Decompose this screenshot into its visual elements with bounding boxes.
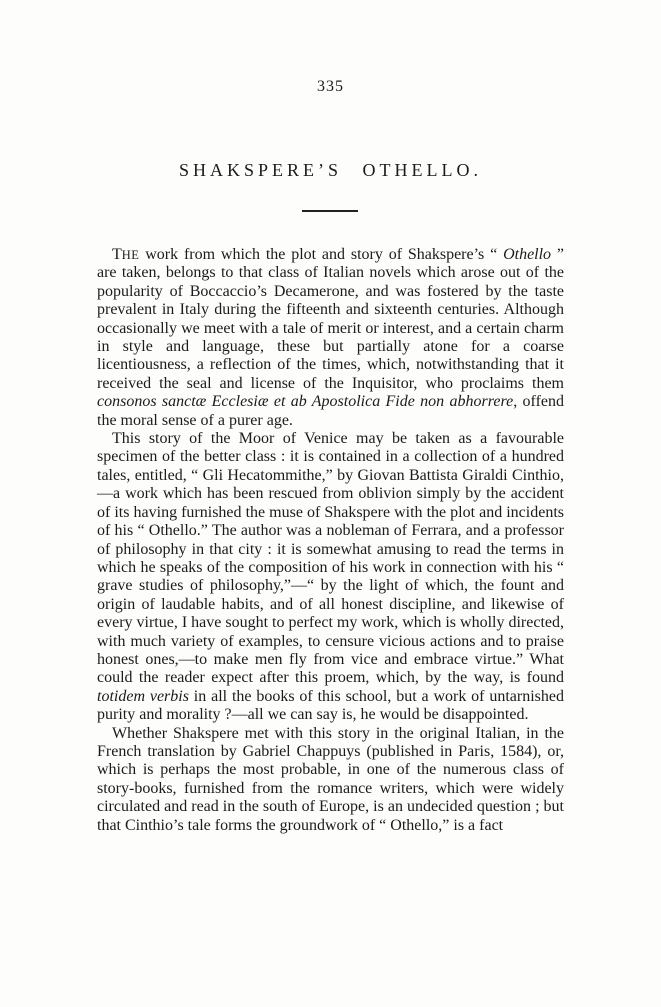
article-title: SHAKSPERE’S OTHELLO. [0, 160, 661, 181]
paragraph: Whether Shakspere met with this story in… [97, 725, 564, 835]
text-run: work from which the plot and story of Sh… [139, 246, 503, 263]
text-run: Whether Shakspere met with this story in… [97, 725, 564, 834]
text-run: ” are taken, belongs to that class of It… [97, 246, 564, 392]
title-divider-rule [302, 210, 358, 212]
italic-text-run: totidem verbis [97, 688, 189, 705]
paragraph: This story of the Moor of Venice may be … [97, 430, 564, 725]
text-run: This story of the Moor of Venice may be … [97, 430, 564, 686]
smallcaps-text-run: HE [122, 248, 140, 262]
italic-text-run: consonos sanctæ Ecclesiæ et ab Apostolic… [97, 393, 513, 410]
article-body: THE work from which the plot and story o… [97, 246, 564, 835]
scanned-book-page: 335 SHAKSPERE’S OTHELLO. THE work from w… [0, 0, 661, 1007]
page-number: 335 [0, 78, 661, 96]
italic-text-run: Othello [503, 246, 551, 263]
paragraph: THE work from which the plot and story o… [97, 246, 564, 430]
text-run: T [112, 246, 122, 263]
